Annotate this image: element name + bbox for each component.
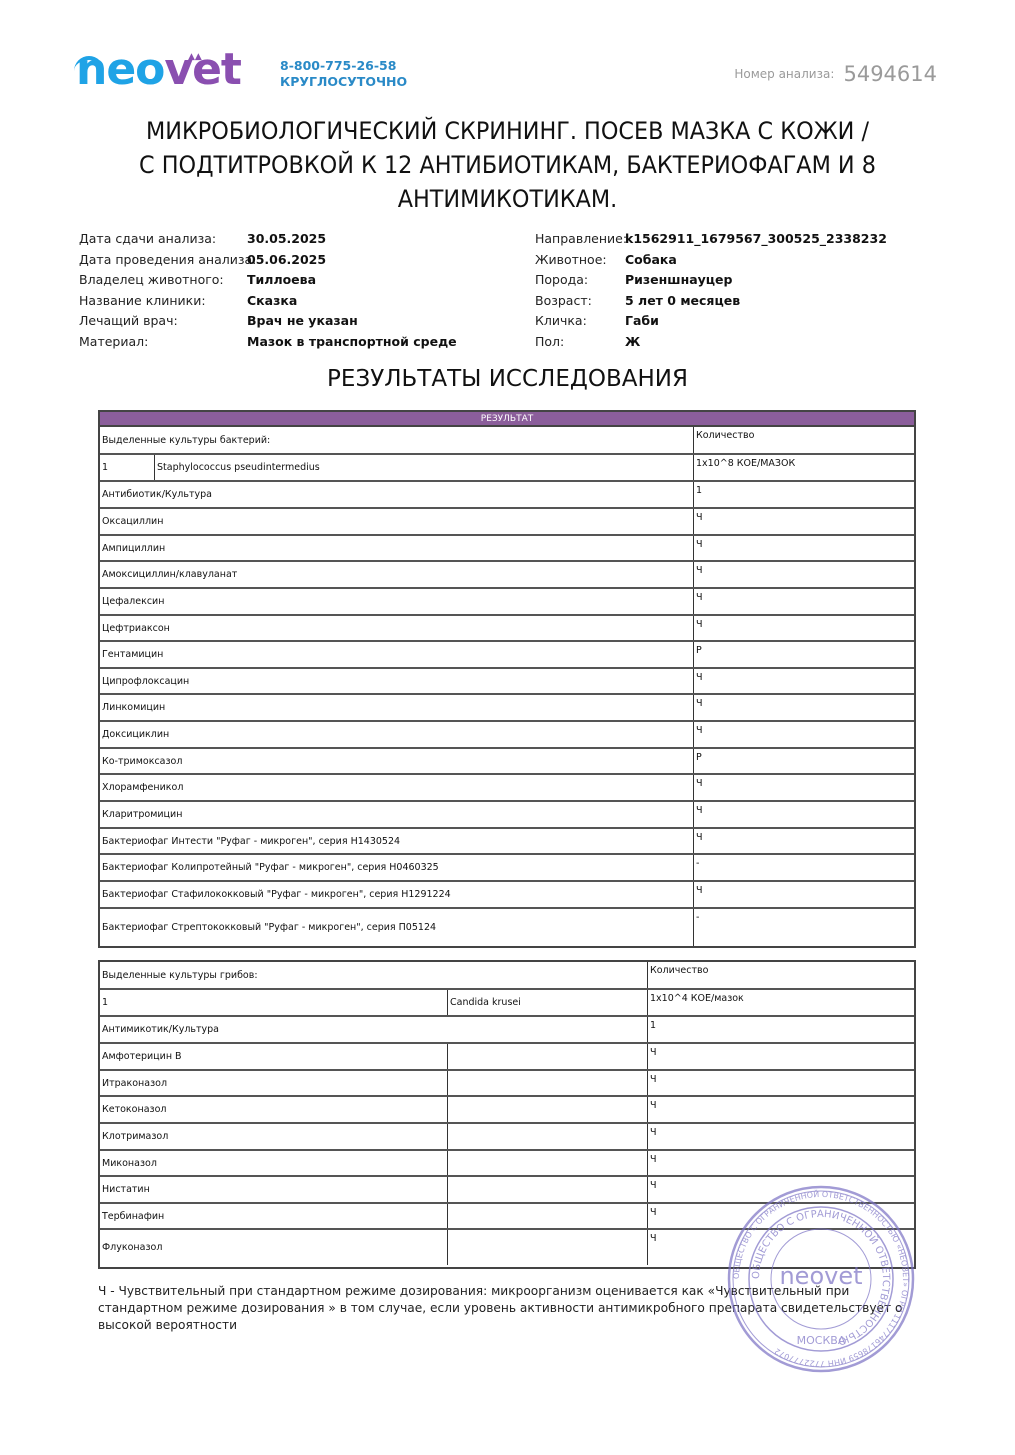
svg-text:neovet: neovet [779, 1262, 862, 1290]
antibiotic-result: Ч [693, 509, 914, 534]
fungi-culture-quantity: 1x10^4 КОЕ/мазок [647, 990, 914, 1015]
antibiotic-result: Ч [693, 722, 914, 747]
antimycotic-result: Ч [647, 1097, 914, 1122]
result-header-bar: РЕЗУЛЬТАТ [100, 412, 914, 427]
antibiotic-result: - [693, 909, 914, 946]
results-heading: РЕЗУЛЬТАТЫ ИССЛЕДОВАНИЯ [0, 366, 1015, 392]
bacteria-culture-row: 1 Staphylococcus pseudintermedius 1x10^8… [100, 455, 914, 482]
neovet-logo: neovet ▲▲ [76, 50, 241, 98]
phone-number[interactable]: 8-800-775-26-58 [280, 58, 407, 74]
antibiotic-row: Амоксициллин/клавуланатЧ [100, 562, 914, 589]
empty-cell [447, 1044, 647, 1069]
patient-info-left: Дата сдачи анализа:30.05.2025Дата провед… [79, 229, 457, 352]
antibiotic-name: Бактериофаг Стафилококковый "Руфаг - мик… [100, 882, 693, 907]
antibiotic-result: Ч [693, 802, 914, 827]
empty-cell [447, 1177, 647, 1202]
quantity-label: Количество [693, 427, 914, 453]
antimycotic-name: Амфотерицин В [100, 1044, 447, 1069]
antibiotic-row: Бактериофаг Стрептококковый "Руфаг - мик… [100, 909, 914, 946]
info-row: Владелец животного:Тиллоева [79, 270, 457, 291]
info-value: Габи [625, 311, 659, 332]
antibiotic-result: - [693, 855, 914, 880]
empty-cell [447, 1071, 647, 1095]
antimycotic-result: Ч [647, 1071, 914, 1095]
info-value: Ж [625, 332, 640, 353]
empty-cell [447, 1124, 647, 1149]
info-label: Пол: [535, 332, 625, 353]
info-label: Кличка: [535, 311, 625, 332]
antibiotic-result: Ч [693, 829, 914, 853]
info-row: Животное:Собака [535, 250, 887, 271]
info-row: Материал:Мазок в транспортной среде [79, 332, 457, 353]
bacteria-results-table: РЕЗУЛЬТАТ Выделенные культуры бактерий: … [98, 410, 916, 948]
empty-cell [447, 1230, 647, 1265]
info-label: Дата сдачи анализа: [79, 229, 247, 250]
antibiotic-header-value: 1 [693, 482, 914, 507]
antibiotic-name: Гентамицин [100, 642, 693, 667]
antimycotic-row: КлотримазолЧ [100, 1124, 914, 1151]
culture-index: 1 [100, 455, 154, 480]
antibiotic-row: ЦефалексинЧ [100, 589, 914, 616]
antibiotic-row: ЦипрофлоксацинЧ [100, 669, 914, 695]
info-value: 5 лет 0 месяцев [625, 291, 740, 312]
antimycotic-header-row: Антимикотик/Культура 1 [100, 1017, 914, 1044]
antibiotic-name: Ципрофлоксацин [100, 669, 693, 693]
antibiotic-row: Ко-тримоксазолР [100, 749, 914, 775]
contact-block: 8-800-775-26-58 КРУГЛОСУТОЧНО [280, 58, 407, 90]
antibiotic-row: АмпициллинЧ [100, 536, 914, 562]
info-row: Дата сдачи анализа:30.05.2025 [79, 229, 457, 250]
culture-name: Staphylococcus pseudintermedius [154, 455, 693, 480]
antibiotic-name: Доксициклин [100, 722, 693, 747]
info-value: 30.05.2025 [247, 229, 326, 250]
analysis-number: Номер анализа: 5494614 [734, 62, 937, 86]
antimycotic-header-value: 1 [647, 1017, 914, 1042]
info-label: Лечащий врач: [79, 311, 247, 332]
antibiotic-header-label: Антибиотик/Культура [100, 482, 693, 507]
antimycotic-row: ИтраконазолЧ [100, 1071, 914, 1097]
antibiotic-header-row: Антибиотик/Культура 1 [100, 482, 914, 509]
fungi-section-row: Выделенные культуры грибов: Количество [100, 962, 914, 990]
hours-label: КРУГЛОСУТОЧНО [280, 74, 407, 90]
antimycotic-name: Флуконазол [100, 1230, 447, 1265]
info-value: Врач не указан [247, 311, 358, 332]
antimycotic-row: Амфотерицин ВЧ [100, 1044, 914, 1071]
antibiotic-result: Ч [693, 562, 914, 587]
info-label: Название клиники: [79, 291, 247, 312]
antibiotic-result: Р [693, 749, 914, 773]
info-row: Пол:Ж [535, 332, 887, 353]
antibiotic-name: Оксациллин [100, 509, 693, 534]
antibiotic-result: Ч [693, 695, 914, 720]
antibiotic-row: ДоксициклинЧ [100, 722, 914, 749]
info-value: Сказка [247, 291, 297, 312]
antibiotic-row: ЛинкомицинЧ [100, 695, 914, 722]
antimycotic-name: Клотримазол [100, 1124, 447, 1149]
info-row: Порода:Ризеншнауцер [535, 270, 887, 291]
fungi-quantity-label: Количество [647, 962, 914, 988]
info-value: 05.06.2025 [247, 250, 326, 271]
bacteria-section-label: Выделенные культуры бактерий: [100, 427, 693, 453]
document-title: МИКРОБИОЛОГИЧЕСКИЙ СКРИНИНГ. ПОСЕВ МАЗКА… [138, 114, 877, 216]
company-stamp-icon: ОБЩЕСТВО С ОГРАНИЧЕННОЙ ОТВЕТСТВЕННОСТЬЮ… [726, 1184, 916, 1374]
info-row: Дата проведения анализа:05.06.2025 [79, 250, 457, 271]
antibiotic-name: Бактериофаг Колипротейный "Руфаг - микро… [100, 855, 693, 880]
antibiotic-result: Ч [693, 775, 914, 800]
antibiotic-result: Ч [693, 536, 914, 560]
info-label: Возраст: [535, 291, 625, 312]
antibiotic-name: Линкомицин [100, 695, 693, 720]
antibiotic-row: ОксациллинЧ [100, 509, 914, 536]
empty-cell [447, 1151, 647, 1175]
logo-text: neovet [76, 44, 241, 95]
empty-cell [447, 1097, 647, 1122]
antibiotic-row: Бактериофаг Колипротейный "Руфаг - микро… [100, 855, 914, 882]
antimycotic-result: Ч [647, 1044, 914, 1069]
antibiotic-name: Цефтриаксон [100, 616, 693, 640]
antibiotic-result: Ч [693, 669, 914, 693]
info-row: Название клиники:Сказка [79, 291, 457, 312]
info-row: Кличка:Габи [535, 311, 887, 332]
antimycotic-name: Итраконазол [100, 1071, 447, 1095]
fungi-section-label: Выделенные культуры грибов: [100, 962, 647, 988]
antibiotic-name: Ампициллин [100, 536, 693, 560]
antimycotic-result: Ч [647, 1151, 914, 1175]
bacteria-section-row: Выделенные культуры бактерий: Количество [100, 427, 914, 455]
info-value: Собака [625, 250, 677, 271]
info-value: k1562911_1679567_300525_2338232 [625, 229, 887, 250]
antibiotic-name: Хлорамфеникол [100, 775, 693, 800]
info-label: Направление: [535, 229, 625, 250]
antibiotic-name: Кларитромицин [100, 802, 693, 827]
antibiotic-row: ЦефтриаксонЧ [100, 616, 914, 642]
patient-info-right: Направление:k1562911_1679567_300525_2338… [535, 229, 887, 352]
info-label: Владелец животного: [79, 270, 247, 291]
antimycotic-header-label: Антимикотик/Культура [100, 1017, 647, 1042]
antimycotic-result: Ч [647, 1124, 914, 1149]
antibiotic-name: Бактериофаг Интести "Руфаг - микроген", … [100, 829, 693, 853]
info-label: Порода: [535, 270, 625, 291]
analysis-number-label: Номер анализа: [734, 67, 834, 81]
info-value: Ризеншнауцер [625, 270, 732, 291]
fungi-culture-name: Candida krusei [447, 990, 647, 1015]
analysis-number-value: 5494614 [843, 62, 937, 86]
info-row: Направление:k1562911_1679567_300525_2338… [535, 229, 887, 250]
antimycotic-row: КетоконазолЧ [100, 1097, 914, 1124]
antimycotic-name: Миконазол [100, 1151, 447, 1175]
antibiotic-result: Ч [693, 882, 914, 907]
antibiotic-row: КларитромицинЧ [100, 802, 914, 829]
cat-ears-icon: ▲▲ [188, 52, 202, 62]
culture-quantity: 1x10^8 КОЕ/МАЗОК [693, 455, 914, 480]
antibiotic-result: Ч [693, 589, 914, 614]
antimycotic-name: Тербинафин [100, 1204, 447, 1228]
info-value: Тиллоева [247, 270, 316, 291]
fungi-culture-row: 1 Candida krusei 1x10^4 КОЕ/мазок [100, 990, 914, 1017]
svg-text:МОСКВА: МОСКВА [797, 1334, 846, 1347]
info-row: Лечащий врач:Врач не указан [79, 311, 457, 332]
antibiotic-row: ГентамицинР [100, 642, 914, 669]
antibiotic-row: Бактериофаг Интести "Руфаг - микроген", … [100, 829, 914, 855]
info-value: Мазок в транспортной среде [247, 332, 457, 353]
info-label: Животное: [535, 250, 625, 271]
antibiotic-name: Цефалексин [100, 589, 693, 614]
antibiotic-result: Р [693, 642, 914, 667]
antimycotic-row: МиконазолЧ [100, 1151, 914, 1177]
info-row: Возраст:5 лет 0 месяцев [535, 291, 887, 312]
fungi-culture-index: 1 [100, 990, 447, 1015]
antibiotic-row: Бактериофаг Стафилококковый "Руфаг - мик… [100, 882, 914, 909]
empty-cell [447, 1204, 647, 1228]
antimycotic-name: Кетоконазол [100, 1097, 447, 1122]
antibiotic-result: Ч [693, 616, 914, 640]
info-label: Материал: [79, 332, 247, 353]
antibiotic-name: Бактериофаг Стрептококковый "Руфаг - мик… [100, 909, 693, 946]
antimycotic-name: Нистатин [100, 1177, 447, 1202]
antibiotic-name: Ко-тримоксазол [100, 749, 693, 773]
info-label: Дата проведения анализа: [79, 250, 247, 271]
antibiotic-name: Амоксициллин/клавуланат [100, 562, 693, 587]
antibiotic-row: ХлорамфениколЧ [100, 775, 914, 802]
